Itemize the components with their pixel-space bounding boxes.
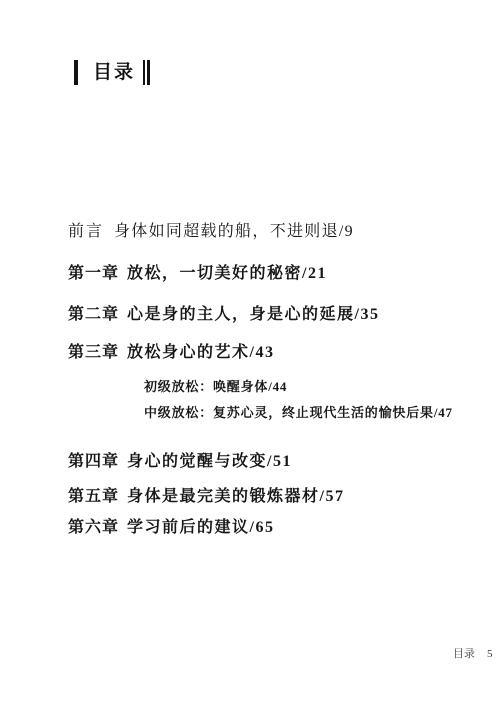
entry-page-number: 9	[345, 223, 354, 240]
toc-entry-chapter-2: 第二章心是身的主人，身是心的延展/35	[68, 306, 379, 324]
toc-entry-preface: 前言身体如同超载的船，不进则退/9	[68, 223, 354, 241]
title-left-bar-decoration	[74, 60, 78, 85]
chapter-number: 第二章	[68, 306, 127, 324]
subentry-title: 初级放松：唤醒身体	[144, 379, 268, 394]
chapter-page-number: 57	[325, 488, 344, 505]
toc-subentry-basic-relaxation: 初级放松：唤醒身体/44	[144, 380, 287, 395]
subentry-page-number: 44	[273, 379, 288, 394]
footer-page-number: 5	[487, 649, 493, 660]
chapter-title: 心是身的主人，身是心的延展	[127, 306, 355, 323]
footer-section-label: 目录	[453, 649, 475, 660]
chapter-number: 第三章	[68, 344, 127, 362]
chapter-page-number: 51	[273, 453, 292, 470]
chapter-number: 第一章	[68, 265, 127, 283]
chapter-title: 身心的觉醒与改变	[127, 453, 267, 470]
title-right-double-bar-decoration	[143, 60, 150, 85]
toc-entry-chapter-1: 第一章放松，一切美好的秘密/21	[68, 265, 327, 283]
page-footer: 目录 5	[453, 649, 493, 660]
toc-entry-chapter-6: 第六章学习前后的建议/65	[68, 519, 274, 537]
chapter-title: 身体是最完美的锻炼器材	[127, 488, 320, 505]
toc-entry-chapter-5: 第五章身体是最完美的锻炼器材/57	[68, 488, 344, 506]
toc-entry-chapter-3: 第三章放松身心的艺术/43	[68, 344, 274, 362]
toc-subentry-intermediate-relaxation: 中级放松：复苏心灵，终止现代生活的愉快后果/47	[144, 406, 453, 421]
subentry-page-number: 47	[438, 405, 453, 420]
page-title: 目录	[74, 58, 150, 86]
entry-label: 前言	[68, 223, 114, 241]
subentry-title: 中级放松：复苏心灵，终止现代生活的愉快后果	[144, 405, 434, 420]
chapter-page-number: 21	[308, 265, 327, 282]
chapter-title: 学习前后的建议	[127, 519, 250, 536]
chapter-title: 放松，一切美好的秘密	[127, 265, 302, 282]
entry-title: 身体如同超载的船，不进则退	[114, 223, 339, 240]
chapter-title: 放松身心的艺术	[127, 344, 250, 361]
toc-entry-chapter-4: 第四章身心的觉醒与改变/51	[68, 453, 292, 471]
chapter-number: 第四章	[68, 453, 127, 471]
chapter-page-number: 43	[255, 344, 274, 361]
page-title-text: 目录	[93, 63, 135, 82]
chapter-page-number: 65	[255, 519, 274, 536]
book-toc-page: 目录 前言身体如同超载的船，不进则退/9 第一章放松，一切美好的秘密/21 第二…	[0, 0, 504, 705]
chapter-page-number: 35	[360, 306, 379, 323]
chapter-number: 第五章	[68, 488, 127, 506]
chapter-number: 第六章	[68, 519, 127, 537]
